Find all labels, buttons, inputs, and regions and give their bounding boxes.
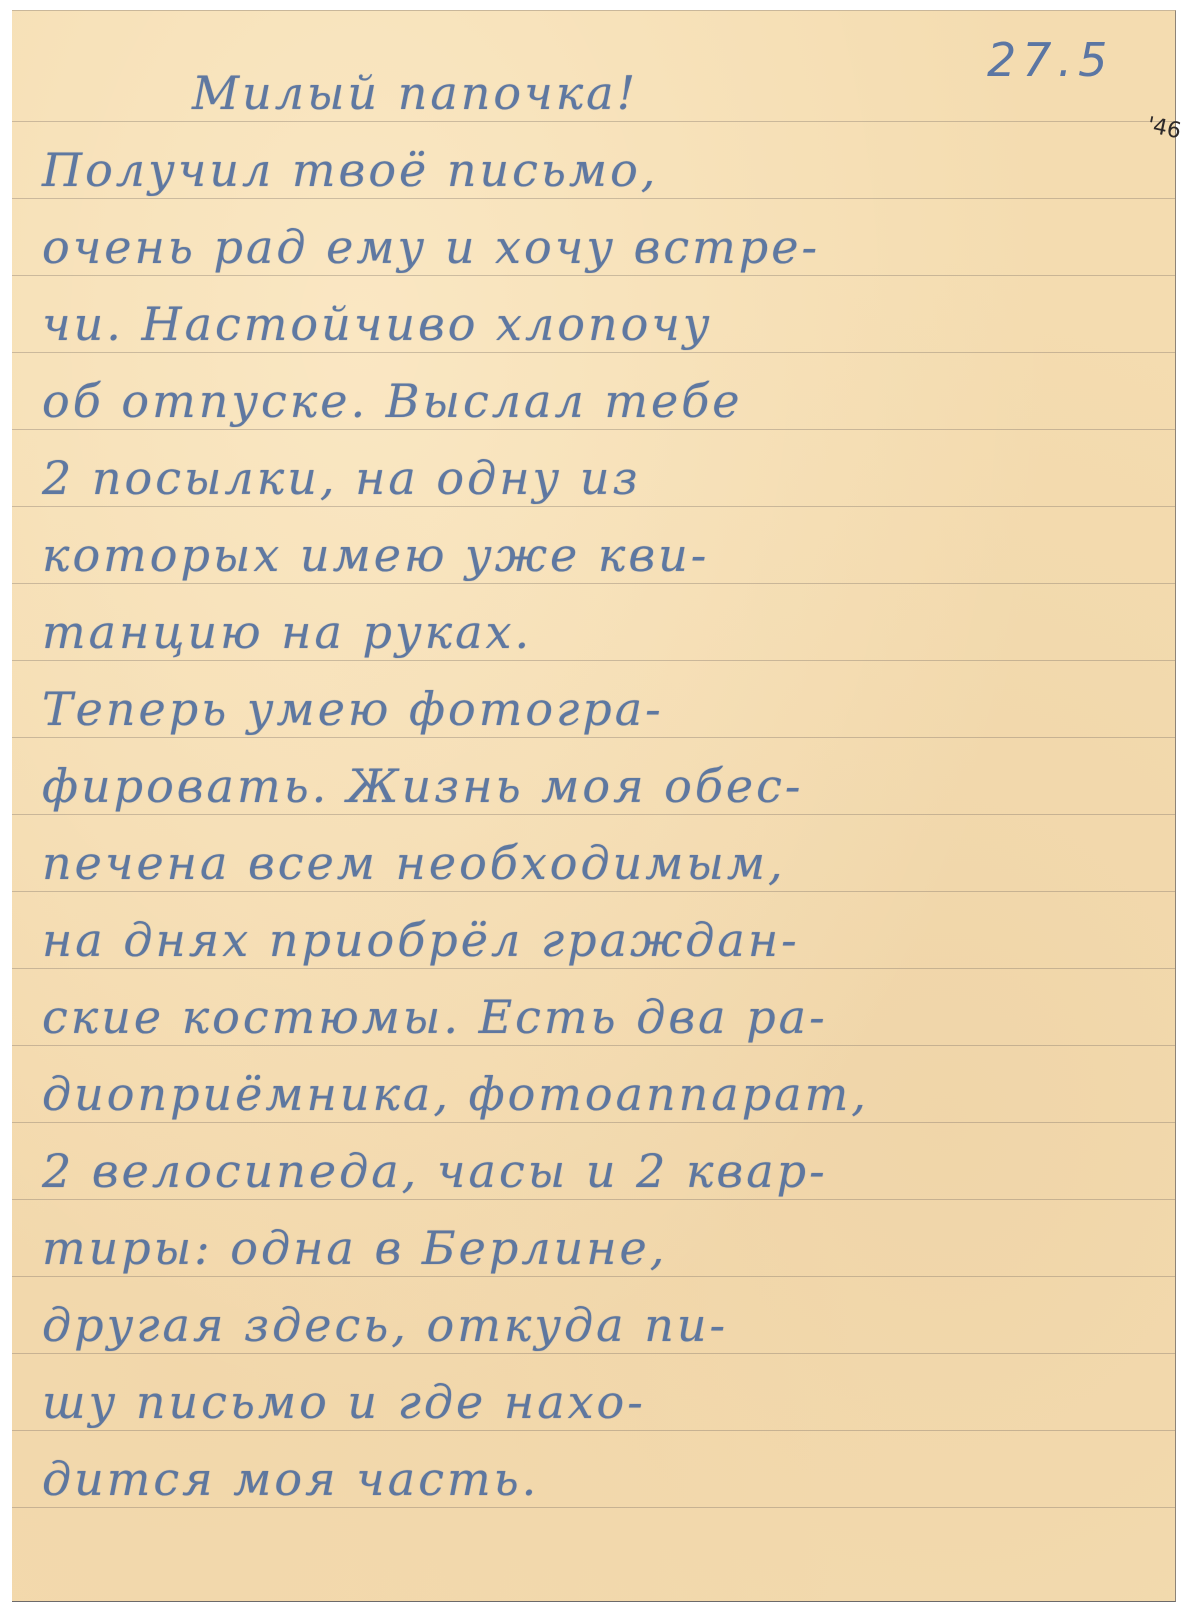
letter-line: Теперь умею фотогра-	[42, 682, 664, 736]
ruled-line	[12, 1430, 1175, 1431]
letter-line: чи. Настойчиво хлопочу	[42, 297, 713, 351]
ruled-line	[12, 198, 1175, 199]
ruled-line	[12, 583, 1175, 584]
ruled-line	[12, 1122, 1175, 1123]
ruled-line	[12, 1276, 1175, 1277]
letter-line: шу письмо и где нахо-	[42, 1375, 646, 1429]
ruled-line	[12, 429, 1175, 430]
letter-line: фировать. Жизнь моя обес-	[42, 759, 803, 813]
letter-line: диоприёмника, фотоаппарат,	[42, 1067, 869, 1121]
letter-greeting: Милый папочка!	[192, 66, 638, 120]
letter-line: тиры: одна в Берлине,	[42, 1221, 667, 1275]
ruled-line	[12, 121, 1175, 122]
ruled-line	[12, 660, 1175, 661]
year-annotation: '46	[1145, 113, 1184, 145]
ruled-line	[12, 891, 1175, 892]
letter-line: Получил твоё письмо,	[42, 143, 658, 197]
letter-line: 2 велосипеда, часы и 2 квар-	[42, 1144, 828, 1198]
ruled-line	[12, 352, 1175, 353]
letter-line: ские костюмы. Есть два ра-	[42, 990, 828, 1044]
letter-line: очень рад ему и хочу встре-	[42, 220, 820, 274]
letter-line: об отпуске. Выслал тебе	[42, 374, 743, 428]
ruled-line	[12, 737, 1175, 738]
ruled-line	[12, 1507, 1175, 1508]
ruled-line	[12, 814, 1175, 815]
letter-date: 27.5	[987, 33, 1113, 87]
ruled-line	[12, 968, 1175, 969]
letter-line: дится моя часть.	[42, 1452, 539, 1506]
ruled-line	[12, 1045, 1175, 1046]
ruled-line	[12, 506, 1175, 507]
ruled-line	[12, 1353, 1175, 1354]
letter-line: другая здесь, откуда пи-	[42, 1298, 728, 1352]
letter-line: танцию на руках.	[42, 605, 532, 659]
ruled-line	[12, 1199, 1175, 1200]
letter-line: печена всем необходимым,	[42, 836, 786, 890]
letter-line: 2 посылки, на одну из	[42, 451, 641, 505]
letter-paper: 27.5 '46 Милый папочка! Получил твоё пис…	[12, 10, 1176, 1602]
letter-line: на днях приобрёл граждан-	[42, 913, 800, 967]
ruled-line	[12, 275, 1175, 276]
letter-line: которых имею уже кви-	[42, 528, 709, 582]
